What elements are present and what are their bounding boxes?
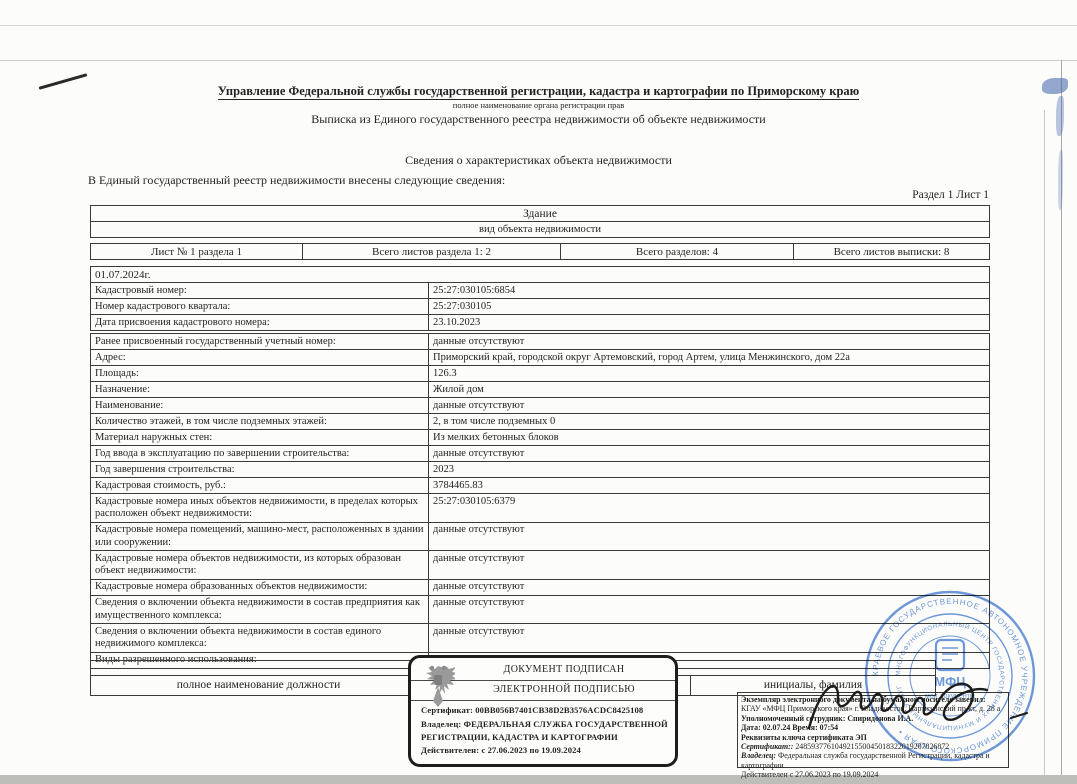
table-row: Номер кадастрового квартала: 25:27:03010… <box>90 299 990 315</box>
table-row: Ранее присвоенный государственный учетны… <box>90 334 990 350</box>
table-row: 01.07.2024г. <box>90 267 990 283</box>
table-row: Дата присвоения кадастрового номера: 23.… <box>90 315 990 331</box>
document-title: Выписка из Единого государственного реес… <box>0 112 1077 127</box>
cadastral-table: 01.07.2024г. Кадастровый номер: 25:27:03… <box>90 266 990 331</box>
certificate-owner: Владелец: ФЕДЕРАЛЬНАЯ СЛУЖБА ГОСУДАРСТВЕ… <box>421 719 673 729</box>
section-page-label: Раздел 1 Лист 1 <box>912 189 989 201</box>
sheet-counters-table: Лист № 1 раздела 1 Всего листов раздела … <box>90 243 990 260</box>
object-type-caption: вид объекта недвижимости <box>475 222 605 237</box>
section-title: Сведения о характеристиках объекта недви… <box>0 153 1077 168</box>
rosreestr-eagle-icon <box>421 663 455 709</box>
row-value: 25:27:030105 <box>429 299 989 314</box>
cert-line: Сертификат:: 248593776104921550045018322… <box>741 742 1005 751</box>
table-row: Лист № 1 раздела 1 Всего листов раздела … <box>90 244 990 260</box>
row-label: Кадастровые номера объектов недвижимости… <box>91 551 429 579</box>
table-row: Площадь:126.3 <box>90 366 990 382</box>
table-row: Материал наружных стен:Из мелких бетонны… <box>90 430 990 446</box>
row-value: 126.3 <box>429 366 989 381</box>
sheet-cell: Всего листов раздела 1: 2 <box>303 244 561 259</box>
table-row: вид объекта недвижимости <box>90 222 990 238</box>
mfc-certification-block: Экземпляр электронного документа на бума… <box>737 692 1009 768</box>
table-row: Кадастровые номера иных объектов недвижи… <box>90 494 990 523</box>
digital-signature-stamp: ДОКУМЕНТ ПОДПИСАН ЭЛЕКТРОННОЙ ПОДПИСЬЮ С… <box>408 655 678 767</box>
row-value: данные отсутствуют <box>429 334 989 349</box>
row-label: Площадь: <box>91 366 429 381</box>
row-label: Количество этажей, в том числе подземных… <box>91 414 429 429</box>
row-label: Кадастровые номера иных объектов недвижи… <box>91 494 429 522</box>
row-value: Из мелких бетонных блоков <box>429 430 989 445</box>
cert-line: Владелец: Федеральная служба государстве… <box>741 751 1005 770</box>
row-value: данные отсутствуют <box>429 624 989 652</box>
table-row: Кадастровые номера помещений, машино-мес… <box>90 523 990 552</box>
record-date: 01.07.2024г. <box>91 267 155 282</box>
row-label: Кадастровые номера образованных объектов… <box>91 580 429 595</box>
row-value: данные отсутствуют <box>429 551 989 579</box>
table-row: Назначение:Жилой дом <box>90 382 990 398</box>
scan-artifact-line <box>0 25 1077 26</box>
cert-line: Реквизиты ключа сертификата ЭП <box>741 733 1005 742</box>
cert-line: Дата: 02.07.24 Время: 07:54 <box>741 723 1005 732</box>
row-value: данные отсутствуют <box>429 596 989 624</box>
table-row: Год ввода в эксплуатацию по завершении с… <box>90 446 990 462</box>
table-row: Сведения о включении объекта недвижимост… <box>90 596 990 625</box>
row-value: Жилой дом <box>429 382 989 397</box>
scan-artifact-line <box>0 60 1077 61</box>
object-type-table: Здание вид объекта недвижимости <box>90 205 990 238</box>
object-type: Здание <box>519 206 561 221</box>
row-label: Назначение: <box>91 382 429 397</box>
row-label: Сведения о включении объекта недвижимост… <box>91 596 429 624</box>
table-row: Адрес:Приморский край, городской округ А… <box>90 350 990 366</box>
authority-caption: полное наименование органа регистрации п… <box>0 100 1077 110</box>
row-label: Наименование: <box>91 398 429 413</box>
table-row: Кадастровые номера объектов недвижимости… <box>90 551 990 580</box>
table-row: Кадастровая стоимость, руб.:3784465.83 <box>90 478 990 494</box>
row-value: Приморский край, городской округ Артемов… <box>429 350 989 365</box>
svg-text:МФЦ: МФЦ <box>934 674 966 689</box>
row-value: 23.10.2023 <box>429 315 989 330</box>
sheet-cell: Всего листов выписки: 8 <box>794 244 989 259</box>
cert-line: КГАУ «МФЦ Приморского края» г. Владивост… <box>741 704 1005 713</box>
cert-line: Экземпляр электронного документа на бума… <box>741 695 1005 704</box>
row-label: Год ввода в эксплуатацию по завершении с… <box>91 446 429 461</box>
page-edge-line <box>1044 110 1045 776</box>
table-row: Кадастровые номера образованных объектов… <box>90 580 990 596</box>
certificate-number: Сертификат: 00BB056B7401CB38D2B3576ACDC8… <box>421 705 673 715</box>
signed-line1: ДОКУМЕНТ ПОДПИСАН <box>459 664 669 675</box>
characteristics-table: Ранее присвоенный государственный учетны… <box>90 333 990 669</box>
row-value: 3784465.83 <box>429 478 989 493</box>
row-label: Материал наружных стен: <box>91 430 429 445</box>
sheet-cell: Лист № 1 раздела 1 <box>91 244 303 259</box>
certificate-owner-2: РЕГИСТРАЦИИ, КАДАСТРА И КАРТОГРАФИИ <box>421 732 673 742</box>
table-row: Кадастровый номер: 25:27:030105:6854 <box>90 283 990 299</box>
row-value: 2, в том числе подземных 0 <box>429 414 989 429</box>
certificate-validity: Действителен: с 27.06.2023 по 19.09.2024 <box>421 745 673 755</box>
row-label: Кадастровый номер: <box>91 283 429 298</box>
table-row: Количество этажей, в том числе подземных… <box>90 414 990 430</box>
cert-line: Действителен с 27.06.2023 по 19.09.2024 <box>741 770 1005 779</box>
row-value: данные отсутствуют <box>429 446 989 461</box>
table-row: Сведения о включении объекта недвижимост… <box>90 624 990 653</box>
row-label: Номер кадастрового квартала: <box>91 299 429 314</box>
table-row: Год завершения строительства:2023 <box>90 462 990 478</box>
scanned-page: Управление Федеральной службы государств… <box>0 0 1077 776</box>
row-value: данные отсутствуют <box>429 398 989 413</box>
row-value: 25:27:030105:6379 <box>429 494 989 522</box>
row-label: Кадастровая стоимость, руб.: <box>91 478 429 493</box>
row-label: Ранее присвоенный государственный учетны… <box>91 334 429 349</box>
table-row: Здание <box>90 206 990 222</box>
table-row: Наименование:данные отсутствуют <box>90 398 990 414</box>
signed-line2: ЭЛЕКТРОННОЙ ПОДПИСЬЮ <box>459 684 669 695</box>
authority-title: Управление Федеральной службы государств… <box>0 84 1077 99</box>
row-label: Кадастровые номера помещений, машино-мес… <box>91 523 429 551</box>
row-label: Дата присвоения кадастрового номера: <box>91 315 429 330</box>
name-label: инициалы, фамилия <box>691 676 935 695</box>
position-label: полное наименование должности <box>91 676 427 695</box>
row-value: данные отсутствуют <box>429 523 989 551</box>
row-value: данные отсутствуют <box>429 580 989 595</box>
intro-text: В Единый государственный реестр недвижим… <box>88 173 505 188</box>
row-value: 2023 <box>429 462 989 477</box>
sheet-cell: Всего разделов: 4 <box>561 244 794 259</box>
cert-line: Уполномоченный сотрудник: Спиридонова И.… <box>741 714 1005 723</box>
row-label: Год завершения строительства: <box>91 462 429 477</box>
row-label: Адрес: <box>91 350 429 365</box>
row-value: 25:27:030105:6854 <box>429 283 989 298</box>
row-label: Сведения о включении объекта недвижимост… <box>91 624 429 652</box>
